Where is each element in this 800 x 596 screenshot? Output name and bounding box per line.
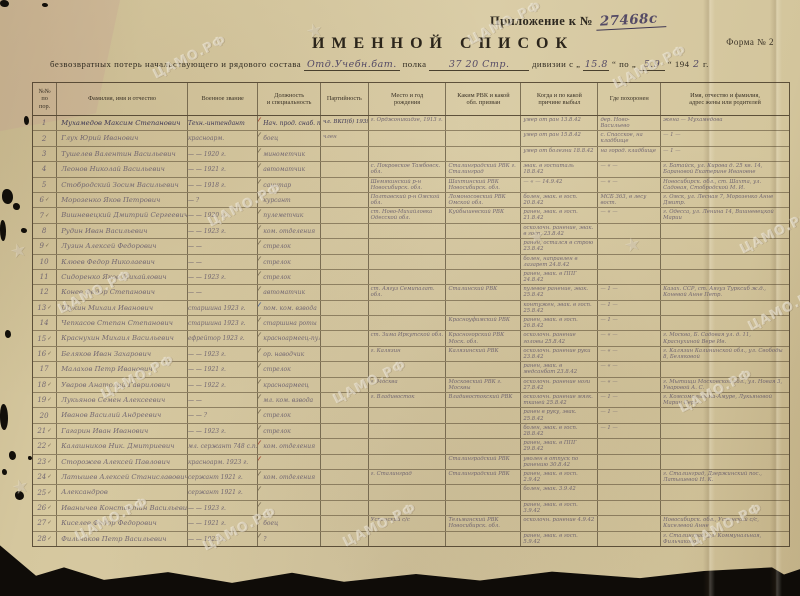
cell-party-handwritten (321, 501, 369, 515)
check-mark: ✓ (258, 225, 263, 234)
cell-rvk-handwritten: Калязинский РВК (446, 347, 521, 361)
check-mark: ✓ (258, 117, 263, 126)
cell-family-address-handwritten: Новосибирск. обл., Успенский с/с, Киселе… (661, 516, 789, 530)
cell-duty-handwritten: ✓стрелок (258, 362, 321, 376)
cell-family-address-handwritten (661, 362, 789, 376)
cell-duty-handwritten: ✓пом. ком. взвода (258, 301, 321, 315)
cell-name-handwritten: Конев Федор Степанович (57, 285, 188, 299)
cell-birthplace-handwritten (369, 255, 447, 269)
cell-burial-handwritten (598, 501, 661, 515)
cell-rank-handwritten: старшина 1923 г. (188, 316, 258, 330)
check-mark: ✓ (258, 379, 263, 388)
cell-rvk-handwritten (446, 485, 521, 499)
cell-burial-handwritten (598, 439, 661, 453)
cell-birthplace-handwritten: с. Покровское Тамбовск. обл. (369, 162, 447, 176)
cell-rvk-handwritten (446, 224, 521, 238)
cell-rvk-handwritten: Ломоносовский РВК Омской обл. (446, 193, 521, 207)
margin-tick-mark: ✓ (47, 536, 52, 542)
table-row: 28✓ Фильчаков Петр Васильевич — — 1923 г… (33, 532, 789, 546)
cell-duty-handwritten: ✓стрелок (258, 270, 321, 284)
cell-family-address-handwritten: г. Калязин Калининской обл., ул. Свободы… (661, 347, 789, 361)
check-mark: ✓ (258, 425, 263, 434)
cell-rvk-handwritten: Сталинградский РВК (446, 455, 521, 469)
cell-rank-handwritten: — — (188, 285, 258, 299)
cell-rvk-handwritten (446, 501, 521, 515)
cell-rank-handwritten: — — 1920 г. (188, 147, 258, 161)
cell-party-handwritten (321, 362, 369, 376)
table-body: 1 Мухамедов Максим Степанович Техн.-инте… (33, 116, 789, 546)
cell-birthplace-handwritten (369, 270, 447, 284)
margin-tick-mark: ✓ (47, 443, 52, 449)
word-division: дивизии с „ (532, 59, 581, 69)
cell-birthplace-handwritten (369, 532, 447, 546)
table-row: 26✓ Иванычев Константин Васильевич — — 1… (33, 501, 789, 516)
table-row: 2 Глух Юрий Иванович красноарм. ✓боец чл… (33, 131, 789, 146)
cell-birthplace-handwritten: Шемякинский р-н Новосибирск. обл. (369, 178, 447, 192)
table-row: 6✓ Морозенко Яков Петрович — ? ✓курсант … (33, 193, 789, 208)
row-number: 25✓ (33, 485, 57, 499)
cell-name-handwritten: Лузин Алексей Федорович (57, 239, 188, 253)
cell-duty-handwritten: ✓красноармеец (258, 378, 321, 392)
table-row: 22✓ Калашников Ник. Дмитриевич мл. сержа… (33, 439, 789, 454)
cell-birthplace-handwritten (369, 147, 447, 161)
cell-party-handwritten (321, 270, 369, 284)
paper-tear (24, 116, 29, 125)
cell-duty-handwritten: ✓старшина роты (258, 316, 321, 330)
check-mark: ✓ (258, 194, 263, 203)
cell-reason-handwritten: умер от болезни 18.8.42 (521, 147, 598, 161)
check-mark: ✓ (258, 240, 263, 249)
margin-tick-mark: ✓ (47, 428, 52, 434)
cell-duty-handwritten: ✓стрелок (258, 239, 321, 253)
cell-rvk-handwritten (446, 270, 521, 284)
paper-tear (9, 451, 16, 460)
cell-family-address-handwritten: г. Омск, ул. Лесная 7, Морозенко Анне Дм… (661, 193, 789, 207)
cell-rank-handwritten: — — (188, 239, 258, 253)
cell-rank-handwritten: красноарм. (188, 131, 258, 145)
cell-reason-handwritten: умер от ран 15.8.42 (521, 131, 598, 145)
cell-rank-handwritten: — — 1920 г. (188, 208, 258, 222)
table-row: 17 Малахов Петр Иванович — — 1921 г. ✓ст… (33, 362, 789, 377)
cell-birthplace-handwritten (369, 239, 447, 253)
cell-duty-handwritten: ✓санитар (258, 178, 321, 192)
check-mark: ✓ (258, 317, 263, 326)
cell-reason-handwritten: ранен, остался в строю 23.8.42 (521, 239, 598, 253)
cell-birthplace-handwritten: Успенский с/с (369, 516, 447, 530)
table-row: 14 Чепкасов Степан Степанович старшина 1… (33, 316, 789, 331)
cell-duty-handwritten: ✓боец (258, 131, 321, 145)
cell-rvk-handwritten (446, 408, 521, 422)
table-row: 7✓ Вишневецкий Дмитрий Сергеевич — — 192… (33, 208, 789, 223)
cell-rvk-handwritten (446, 131, 521, 145)
row-number: 9✓ (33, 239, 57, 253)
cell-reason-handwritten: болен, эвак. в госп. 28.8.42 (521, 424, 598, 438)
cell-name-handwritten: Щукин Михаил Иванович (57, 301, 188, 315)
cell-party-handwritten (321, 393, 369, 407)
cell-burial-handwritten: — « — (598, 362, 661, 376)
cell-party-handwritten (321, 301, 369, 315)
cell-burial-handwritten (598, 270, 661, 284)
cell-rvk-handwritten: Красноуфимский РВК (446, 316, 521, 330)
cell-reason-handwritten: ранен в руку, эвак. 25.8.42 (521, 408, 598, 422)
cell-party-handwritten (321, 470, 369, 484)
cell-family-address-handwritten: Новосибирск. обл., ст. Шахта, ул. Садова… (661, 178, 789, 192)
cell-rank-handwritten: — — 1923 г. (188, 224, 258, 238)
margin-tick-mark: ✓ (45, 243, 50, 249)
cell-reason-handwritten: ранен, эвак. в госп. 21.8.42 (521, 208, 598, 222)
check-mark: ✓ (258, 332, 263, 341)
cell-birthplace-handwritten (369, 362, 447, 376)
cell-rank-handwritten: — — 1921 г. (188, 162, 258, 176)
table-row: 18✓ Уваров Анатолий Гаврилович — — 1922 … (33, 378, 789, 393)
cell-name-handwritten: Фильчаков Петр Васильевич (57, 532, 188, 546)
column-header-party: Партийность (321, 83, 369, 115)
cell-reason-handwritten: ранен, эвак. в госп. 3.9.42 (521, 501, 598, 515)
cell-party-handwritten (321, 378, 369, 392)
cell-reason-handwritten: умер от ран 13.8.42 (521, 116, 598, 130)
margin-tick-mark: ✓ (47, 520, 52, 526)
cell-reason-handwritten: ранен, эвак. в ППГ 24.8.42 (521, 270, 598, 284)
check-mark: ✓ (258, 132, 263, 141)
cell-burial-handwritten: — 1 — (598, 316, 661, 330)
date-to-handwritten: 5.9 (639, 60, 665, 71)
table-row: 10 Клюев Федор Николаевич — — ✓стрелок б… (33, 255, 789, 270)
row-number: 27✓ (33, 516, 57, 530)
cell-family-address-handwritten (661, 301, 789, 315)
check-mark: ✓ (258, 363, 263, 372)
cell-party-handwritten: чл. ВКП(б) 1939 (321, 116, 369, 130)
cell-reason-handwritten: осколочн. ранение ноги 27.8.42 (521, 378, 598, 392)
row-number: 14 (33, 316, 57, 330)
subtitle-prefix: безвозвратных потерь начальствующего и р… (50, 59, 301, 69)
row-number: 5 (33, 178, 57, 192)
cell-reason-handwritten: ранен, эвак. в госп. 5.9.42 (521, 532, 598, 546)
cell-party-handwritten (321, 347, 369, 361)
cell-family-address-handwritten: г. Сталинград, ул. Коммунальная, Фильчак… (661, 532, 789, 546)
cell-birthplace-handwritten: г. Сталинград (369, 470, 447, 484)
cell-duty-handwritten: ✓ком. отделения (258, 224, 321, 238)
cell-duty-handwritten: ✓? (258, 532, 321, 546)
cell-birthplace-handwritten (369, 316, 447, 330)
cell-burial-handwritten (598, 239, 661, 253)
cell-family-address-handwritten: жена — Мухамедова (661, 116, 789, 130)
cell-duty-handwritten: ✓красноармеец-пул. (258, 331, 321, 345)
check-mark: ✓ (258, 456, 263, 465)
cell-birthplace-handwritten (369, 501, 447, 515)
check-mark: ✓ (258, 409, 263, 418)
cell-rank-handwritten: красноарм. 1923 г. (188, 455, 258, 469)
cell-party-handwritten (321, 316, 369, 330)
cell-reason-handwritten: осколочн. ранение руки 23.8.42 (521, 347, 598, 361)
margin-tick-mark: ✓ (47, 459, 52, 465)
cell-birthplace-handwritten: г. Калязин (369, 347, 447, 361)
cell-family-address-handwritten: — 1 — (661, 147, 789, 161)
cell-burial-handwritten (598, 532, 661, 546)
casualty-list-table: №№ по пор. Фамилия, имя и отчество Военн… (32, 82, 790, 547)
cell-burial-handwritten: дер. Ново-Васильево (598, 116, 661, 130)
cell-rank-handwritten: — — 1923 г. (188, 532, 258, 546)
table-row: 15✓ Краснухин Михаил Васильевич ефрейтор… (33, 331, 789, 346)
cell-party-handwritten (321, 285, 369, 299)
check-mark: ✓ (258, 486, 263, 495)
cell-rank-handwritten: сержант 1921 г. (188, 470, 258, 484)
row-number: 1 (33, 116, 57, 130)
cell-burial-handwritten: — « — (598, 178, 661, 192)
cell-reason-handwritten: осколочн. ранение, эвак. в госп. 23.8.42 (521, 224, 598, 238)
cell-rvk-handwritten (446, 362, 521, 376)
cell-rank-handwritten: — — 1921 г. (188, 516, 258, 530)
check-mark: ✓ (258, 163, 263, 172)
cell-name-handwritten: Иванычев Константин Васильевич (57, 501, 188, 515)
cell-reason-handwritten: уволен в отпуск по ранению 30.8.42 (521, 455, 598, 469)
cell-party-handwritten (321, 255, 369, 269)
cell-burial-handwritten: — « — (598, 347, 661, 361)
cell-birthplace-handwritten (369, 424, 447, 438)
cell-birthplace-handwritten (369, 224, 447, 238)
cell-family-address-handwritten (661, 424, 789, 438)
cell-party-handwritten (321, 208, 369, 222)
cell-burial-handwritten: — « — (598, 162, 661, 176)
cell-party-handwritten (321, 331, 369, 345)
row-number: 2 (33, 131, 57, 145)
cell-name-handwritten: Чепкасов Степан Степанович (57, 316, 188, 330)
cell-name-handwritten: Вишневецкий Дмитрий Сергеевич (57, 208, 188, 222)
cell-duty-handwritten: ✓Нач. прод. снаб. пол. (258, 116, 321, 130)
cell-reason-handwritten: болен, эвак. 3.9.42 (521, 485, 598, 499)
cell-name-handwritten: Мухамедов Максим Степанович (57, 116, 188, 130)
margin-tick-mark: ✓ (45, 213, 50, 219)
cell-birthplace-handwritten (369, 301, 447, 315)
cell-name-handwritten: Александров (57, 485, 188, 499)
cell-duty-handwritten: ✓ком. отделения (258, 439, 321, 453)
unit-name-handwritten: Отд.Учебн.бат. (304, 60, 400, 71)
margin-tick-mark: ✓ (47, 336, 52, 342)
cell-name-handwritten: Латышев Алексей Станиславович (57, 470, 188, 484)
cell-family-address-handwritten: г. Одесса, ул. Ленина 14, Вишневецкой Ма… (661, 208, 789, 222)
cell-name-handwritten: Гагарин Иван Иванович (57, 424, 188, 438)
cell-family-address-handwritten: Казах. ССР, ст. Аягуз Турксиб ж.д., Коне… (661, 285, 789, 299)
cell-birthplace-handwritten: г. Орджоникидзе, 1913 г. (369, 116, 447, 130)
cell-birthplace-handwritten: ст. Аягуз Семипалат. обл. (369, 285, 447, 299)
check-mark: ✓ (258, 348, 263, 357)
cell-reason-handwritten: осколочн. ранение головы 25.8.42 (521, 331, 598, 345)
cell-name-handwritten: Морозенко Яков Петрович (57, 193, 188, 207)
cell-burial-handwritten: — 1 — (598, 408, 661, 422)
cell-birthplace-handwritten: ст. Ново-Михайловка Одесской обл. (369, 208, 447, 222)
column-header-duty: Должность и специальность (258, 83, 321, 115)
cell-birthplace-handwritten (369, 439, 447, 453)
row-number: 22✓ (33, 439, 57, 453)
cell-reason-handwritten: контужен, эвак. в госп. 25.8.42 (521, 301, 598, 315)
cell-name-handwritten: Сидоренко Яков Михайлович (57, 270, 188, 284)
paper-tear (42, 3, 48, 7)
cell-party-handwritten (321, 516, 369, 530)
word-po: “ по „ (612, 59, 636, 69)
cell-party-handwritten (321, 147, 369, 161)
date-from-handwritten: 15.8 (583, 60, 609, 71)
cell-birthplace-handwritten: ст. Зима Иркутской обл. (369, 331, 447, 345)
row-number: 13✓ (33, 301, 57, 315)
cell-rank-handwritten: — — (188, 255, 258, 269)
cell-rank-handwritten: — — (188, 393, 258, 407)
cell-burial-handwritten (598, 255, 661, 269)
check-mark: ✓ (258, 286, 263, 295)
check-mark: ✓ (258, 471, 263, 480)
cell-family-address-handwritten (661, 255, 789, 269)
paper-tear (5, 330, 11, 338)
cell-duty-handwritten: ✓пулеметчик (258, 208, 321, 222)
row-number: 26✓ (33, 501, 57, 515)
check-mark: ✓ (258, 179, 263, 188)
cell-rank-handwritten: Техн.-интендант (188, 116, 258, 130)
cell-reason-handwritten: ранен, эвак. в госп. 26.8.42 (521, 316, 598, 330)
column-header-rank: Военное звание (188, 83, 258, 115)
cell-burial-handwritten: — « — (598, 208, 661, 222)
cell-name-handwritten: Сторожев Алексей Павлович (57, 455, 188, 469)
cell-family-address-handwritten (661, 270, 789, 284)
row-number: 15✓ (33, 331, 57, 345)
cell-family-address-handwritten: — 1 — (661, 131, 789, 145)
row-number: 7✓ (33, 208, 57, 222)
cell-birthplace-handwritten (369, 408, 447, 422)
cell-birthplace-handwritten: Полтавский р-н Омской обл. (369, 193, 447, 207)
cell-party-handwritten (321, 162, 369, 176)
table-row: 27✓ Киселев Федор Федорович — — 1921 г. … (33, 516, 789, 531)
cell-duty-handwritten: ✓стрелок (258, 408, 321, 422)
paper-tear (0, 404, 8, 430)
cell-party-handwritten (321, 224, 369, 238)
cell-party-handwritten (321, 532, 369, 546)
cell-reason-handwritten: осколочн. ранение 4.9.42 (521, 516, 598, 530)
check-mark: ✓ (258, 440, 263, 449)
cell-burial-handwritten: — « — (598, 331, 661, 345)
cell-duty-handwritten: ✓автоматчик (258, 162, 321, 176)
column-header-family: Имя, отчество и фамилия, адрес жены или … (661, 83, 789, 115)
cell-duty-handwritten: ✓автоматчик (258, 285, 321, 299)
subtitle-line: безвозвратных потерь начальствующего и р… (50, 59, 795, 71)
page-title: ИМЕННОЙ СПИСОК (312, 35, 574, 53)
cell-reason-handwritten: ранен, эвак. в медсанбат 23.8.42 (521, 362, 598, 376)
cell-rank-handwritten: — — 1923 г. (188, 270, 258, 284)
table-row: 3 Тушелев Валентин Васильевич — — 1920 г… (33, 147, 789, 162)
cell-burial-handwritten (598, 224, 661, 238)
column-header-rvk: Каким РВК и какой обл. призван (446, 83, 521, 115)
cell-rank-handwritten: мл. сержант 748 с.п. (188, 439, 258, 453)
cell-rank-handwritten: — — 1923 г. (188, 347, 258, 361)
margin-tick-mark: ✓ (47, 305, 52, 311)
cell-birthplace-handwritten: г. Москва (369, 378, 447, 392)
cell-rvk-handwritten (446, 239, 521, 253)
cell-rank-handwritten: — — 1922 г. (188, 378, 258, 392)
cell-name-handwritten: Стобродский Зосим Васильевич (57, 178, 188, 192)
cell-burial-handwritten (598, 455, 661, 469)
cell-name-handwritten: Лукьянов Семен Алексеевич (57, 393, 188, 407)
cell-rvk-handwritten (446, 301, 521, 315)
cell-birthplace-handwritten: г. Владивосток (369, 393, 447, 407)
cell-rvk-handwritten (446, 147, 521, 161)
check-mark: ✓ (258, 502, 263, 511)
cell-party-handwritten (321, 455, 369, 469)
margin-tick-mark: ✓ (47, 490, 52, 496)
cell-family-address-handwritten (661, 485, 789, 499)
cell-reason-handwritten: болен, эвак. в госп. 20.8.42 (521, 193, 598, 207)
cell-burial-handwritten: — 1 — (598, 301, 661, 315)
paper-tear (0, 220, 6, 241)
cell-family-address-handwritten: г. Мытищи Московской обл., ул. Новая 3, … (661, 378, 789, 392)
table-row: 12 Конев Федор Степанович — — ✓автоматчи… (33, 285, 789, 300)
cell-name-handwritten: Тушелев Валентин Васильевич (57, 147, 188, 161)
cell-party-handwritten (321, 239, 369, 253)
cell-duty-handwritten: ✓минометчик (258, 147, 321, 161)
table-row: 11 Сидоренко Яков Михайлович — — 1923 г.… (33, 270, 789, 285)
year-digit-handwritten: 2 (692, 60, 700, 70)
cell-burial-handwritten: с. Спасское, на кладбище (598, 131, 661, 145)
cell-duty-handwritten: ✓стрелок (258, 255, 321, 269)
cell-rank-handwritten: сержант 1921 г. (188, 485, 258, 499)
cell-rvk-handwritten (446, 424, 521, 438)
column-header-birth: Место и год рождения (369, 83, 447, 115)
cell-name-handwritten: Уваров Анатолий Гаврилович (57, 378, 188, 392)
cell-party-handwritten (321, 193, 369, 207)
cell-party-handwritten (321, 439, 369, 453)
cell-name-handwritten: Краснухин Михаил Васильевич (57, 331, 188, 345)
table-row: 8 Рудин Иван Васильевич — — 1923 г. ✓ком… (33, 224, 789, 239)
row-number: 16✓ (33, 347, 57, 361)
row-number: 24✓ (33, 470, 57, 484)
cell-rank-handwritten: — ? (188, 193, 258, 207)
cell-burial-handwritten (598, 470, 661, 484)
cell-family-address-handwritten (661, 501, 789, 515)
regiment-number-handwritten: 37 20 Стр. (429, 60, 529, 71)
cell-rank-handwritten: — — 1923 г. (188, 424, 258, 438)
paper-tear (21, 228, 27, 233)
cell-family-address-handwritten (661, 316, 789, 330)
cell-party-handwritten (321, 485, 369, 499)
cell-rvk-handwritten: Тельманский РВК Новосибирск. обл. (446, 516, 521, 530)
column-header-name: Фамилия, имя и отчество (57, 83, 188, 115)
cell-rvk-handwritten: Красногорский РВК Моск. обл. (446, 331, 521, 345)
cell-burial-handwritten: — 1 — (598, 285, 661, 299)
cell-party-handwritten: член (321, 131, 369, 145)
cell-burial-handwritten: — 1 — (598, 424, 661, 438)
check-mark: ✓ (258, 209, 263, 218)
cell-party-handwritten (321, 424, 369, 438)
cell-duty-handwritten: ✓мл. ком. взвода (258, 393, 321, 407)
row-number: 23✓ (33, 455, 57, 469)
paper-tear (2, 469, 7, 475)
row-number: 20 (33, 408, 57, 422)
cell-birthplace-handwritten (369, 131, 447, 145)
scanned-document-photo: Приложение к № 27468с Форма № 2 ИМЕННОЙ … (0, 0, 800, 596)
cell-duty-handwritten: ✓ (258, 485, 321, 499)
cell-reason-handwritten: осколочн. ранение мягк. тканей 25.8.42 (521, 393, 598, 407)
cell-rvk-handwritten: Куйбышевский РВК (446, 208, 521, 222)
row-number: 11 (33, 270, 57, 284)
check-mark: ✓ (258, 256, 263, 265)
appendix-line: Приложение к № 27468с (490, 13, 666, 30)
cell-reason-handwritten: — « — 14.9.42 (521, 178, 598, 192)
row-number: 17 (33, 362, 57, 376)
row-number: 21✓ (33, 424, 57, 438)
row-number: 19✓ (33, 393, 57, 407)
appendix-number-handwritten: 27468с (596, 10, 666, 31)
cell-name-handwritten: Клюев Федор Николаевич (57, 255, 188, 269)
cell-rvk-handwritten: Сталинградский РВК (446, 470, 521, 484)
margin-tick-mark: ✓ (45, 197, 50, 203)
cell-family-address-handwritten: г. Сталинград, Дзержинский пос., Латышев… (661, 470, 789, 484)
cell-reason-handwritten: ранен, эвак. в госп. 2.9.42 (521, 470, 598, 484)
cell-rank-handwritten: — — 1923 г. (188, 501, 258, 515)
